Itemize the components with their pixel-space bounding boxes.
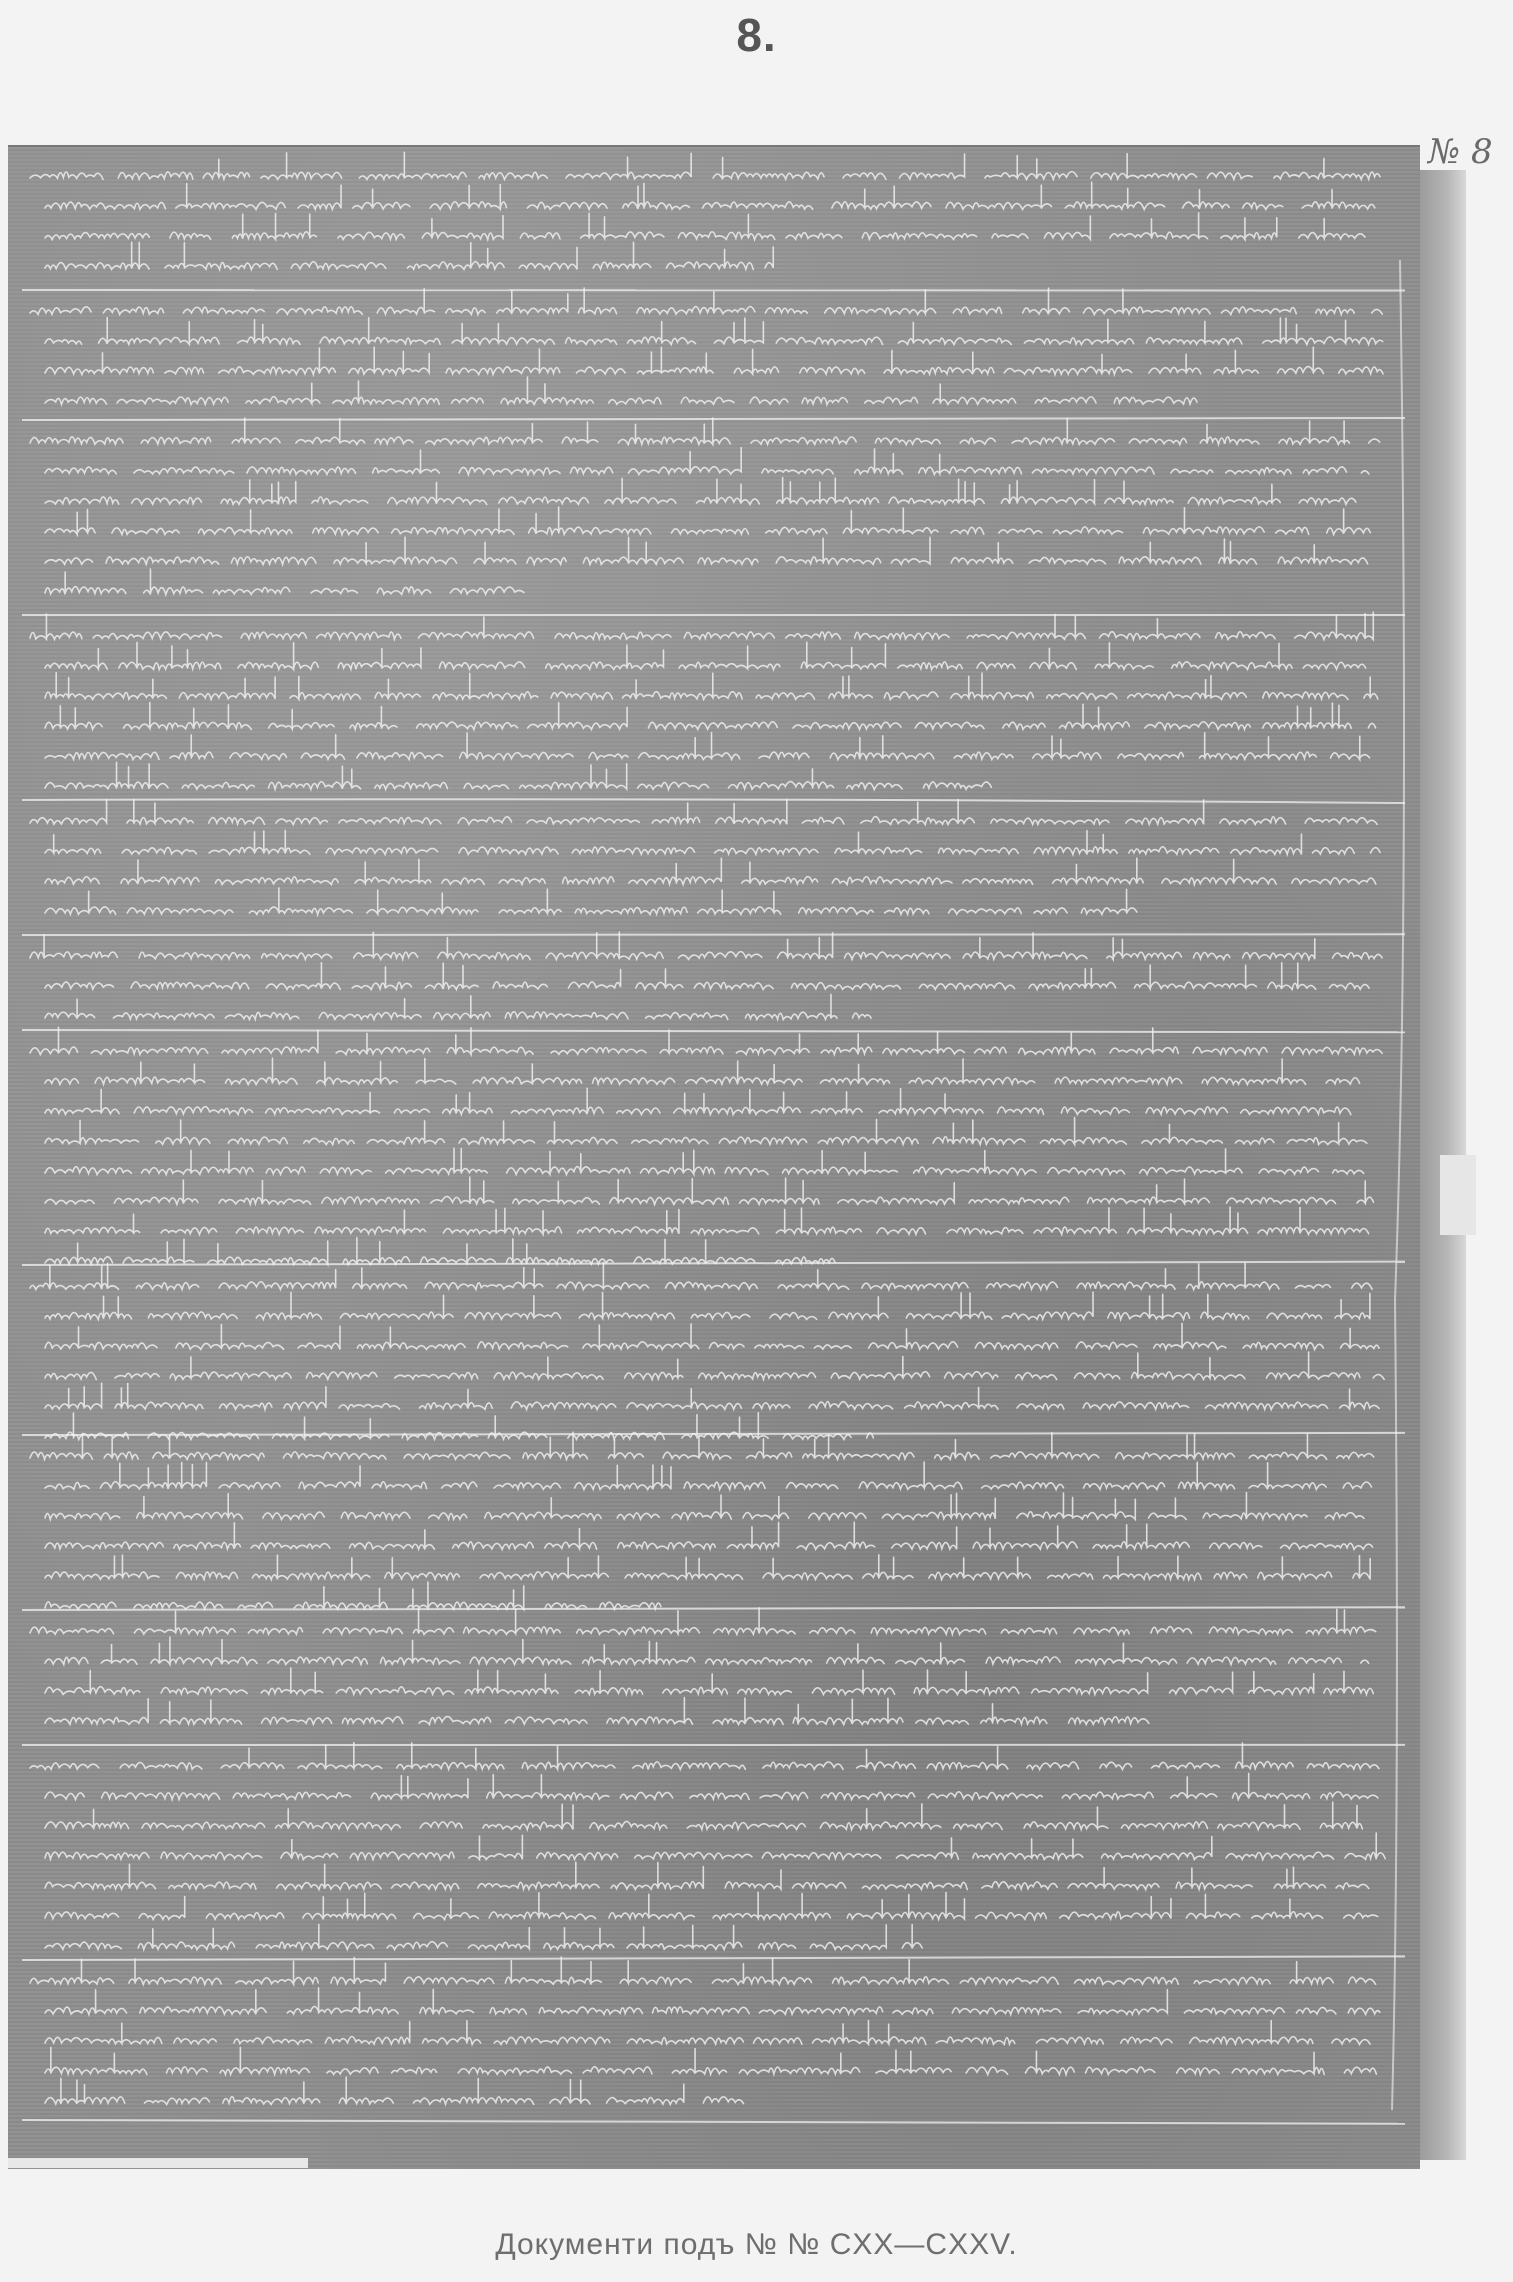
handwritten-line <box>45 448 1384 475</box>
handwritten-line <box>45 1352 1402 1379</box>
handwritten-line <box>30 1262 1388 1289</box>
handwritten-line <box>45 733 1380 760</box>
section-divider-line <box>22 934 1405 935</box>
handwritten-line <box>45 1238 845 1265</box>
handwritten-line <box>45 1207 1382 1234</box>
handwritten-line <box>45 888 1148 914</box>
handwritten-line <box>30 612 1394 639</box>
handwritten-line <box>45 569 536 594</box>
handwritten-line <box>45 1668 1394 1694</box>
handwritten-line <box>45 1118 1379 1145</box>
handwritten-line <box>45 1892 1396 1919</box>
handwritten-line <box>45 318 1397 345</box>
handwritten-line <box>45 963 1381 990</box>
margin-rule-line <box>1392 260 1404 2110</box>
handwritten-line <box>45 1773 1394 1799</box>
handwritten-line <box>45 1383 1396 1409</box>
handwritten-line <box>30 932 1393 959</box>
handwritten-line <box>45 1582 677 1609</box>
handwritten-line <box>45 1833 1405 1859</box>
handwritten-line <box>45 1292 1387 1319</box>
handwritten-line <box>45 2077 765 2104</box>
figure-caption: Документи подъ № № CXX—CXXV. <box>0 2228 1513 2262</box>
handwritten-line <box>30 152 1398 179</box>
handwritten-line <box>30 1742 1401 1769</box>
handwritten-line <box>45 1988 1401 2014</box>
handwritten-line <box>45 478 1372 505</box>
handwritten-line <box>30 418 1396 444</box>
handwritten-line <box>45 1177 1389 1204</box>
handwritten-line <box>30 288 1396 314</box>
handwritten-line <box>30 1608 1388 1635</box>
handwritten-line <box>45 1698 1160 1725</box>
handwritten-line <box>45 1323 1400 1349</box>
handwritten-line <box>45 703 1388 730</box>
handwritten-line <box>45 1522 1388 1549</box>
handwritten-script <box>0 0 1513 2282</box>
section-divider-line <box>22 2120 1405 2124</box>
handwritten-line <box>45 1637 1382 1664</box>
handwritten-line <box>45 213 1385 240</box>
handwritten-line <box>45 1555 1385 1580</box>
handwritten-line <box>45 1058 1380 1084</box>
handwritten-line <box>45 242 790 269</box>
handwritten-line <box>45 182 1395 209</box>
section-divider-line <box>22 1956 1405 1960</box>
handwritten-line <box>45 642 1378 669</box>
handwritten-line <box>45 830 1393 854</box>
handwritten-line <box>45 347 1402 374</box>
handwritten-line <box>45 507 1389 534</box>
handwritten-line <box>45 762 1008 789</box>
archive-number-annotation: № 8 <box>1428 132 1493 172</box>
section-divider-line <box>22 1607 1405 1610</box>
handwritten-line <box>45 2021 1389 2045</box>
handwritten-line <box>45 377 1214 404</box>
handwritten-line <box>45 1924 938 1949</box>
handwritten-line <box>45 673 1391 700</box>
handwritten-line <box>45 1148 1383 1174</box>
handwritten-line <box>45 1802 1383 1829</box>
handwritten-line <box>45 537 1384 564</box>
handwritten-line <box>45 1493 1383 1520</box>
section-divider-line <box>22 1030 1405 1033</box>
handwritten-line <box>45 1862 1390 1889</box>
section-divider-line <box>22 799 1405 803</box>
handwritten-line <box>45 1088 1372 1114</box>
handwritten-line <box>45 1462 1385 1489</box>
handwritten-line <box>30 1957 1394 1984</box>
handwritten-line <box>45 858 1392 884</box>
handwritten-line <box>45 2047 1396 2074</box>
handwritten-line <box>30 799 1393 824</box>
handwritten-line <box>45 994 893 1019</box>
